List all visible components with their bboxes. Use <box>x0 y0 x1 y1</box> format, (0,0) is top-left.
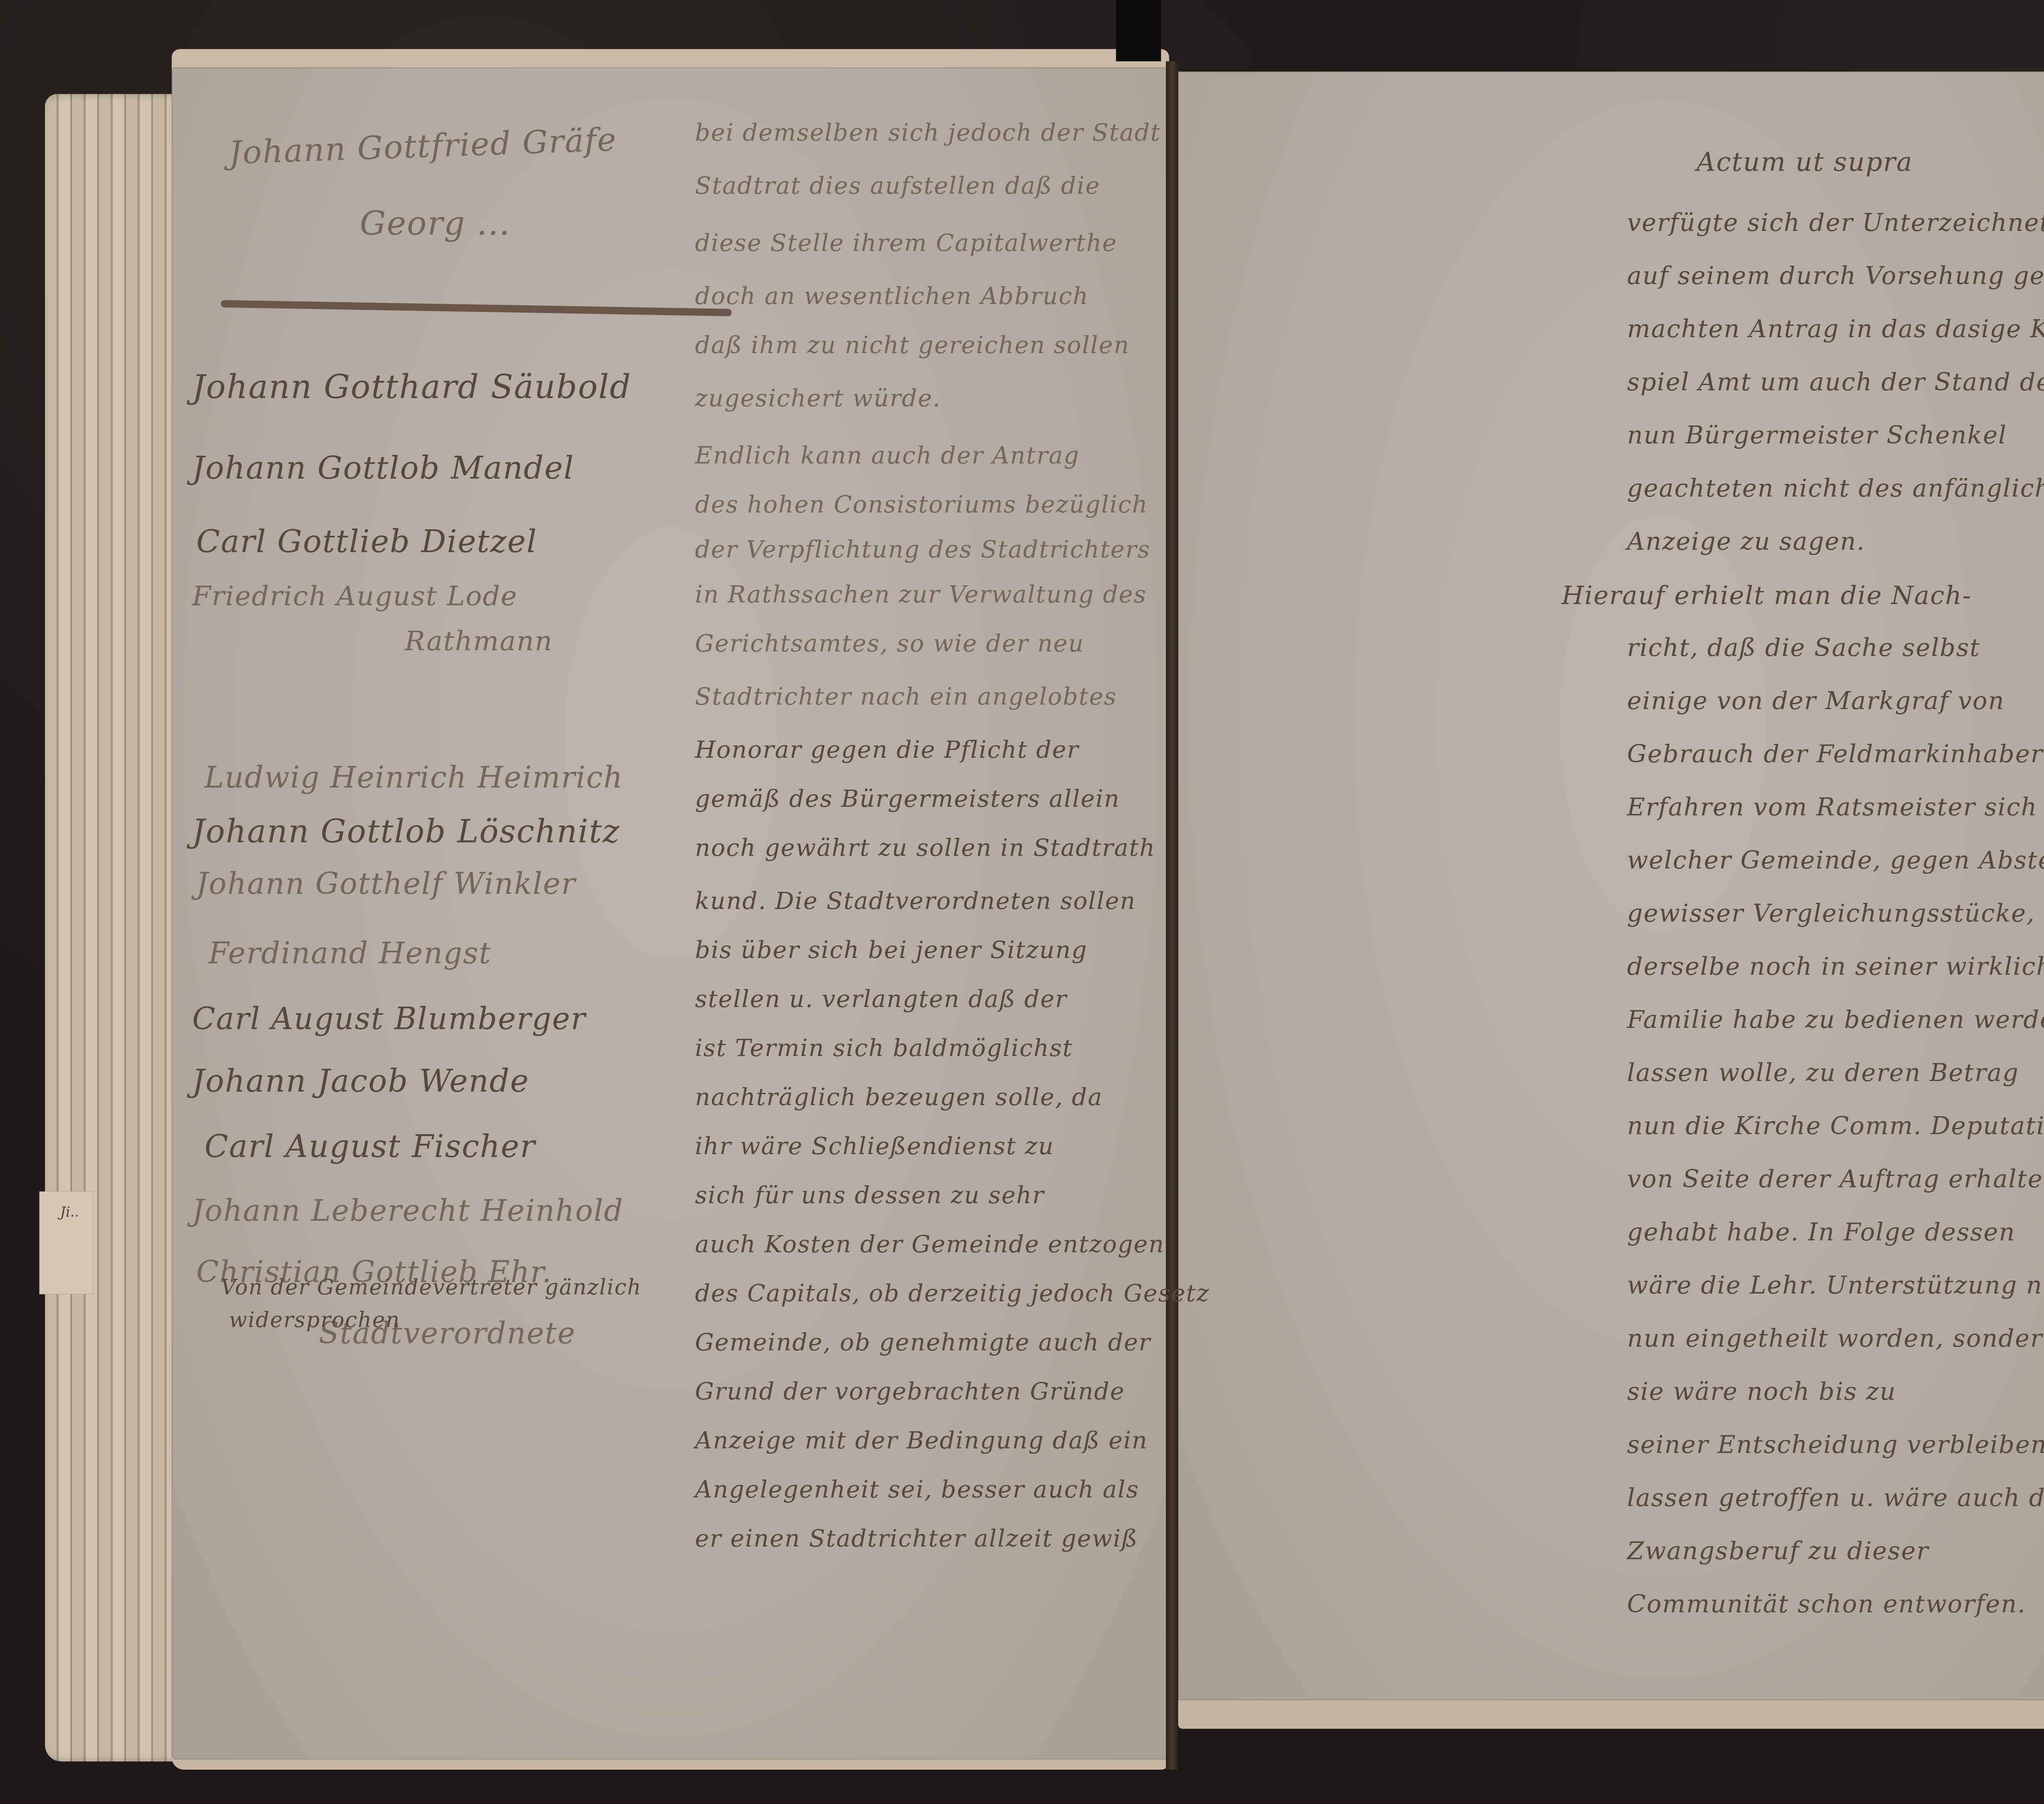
handwritten-line: nun Bürgermeister Schenkel <box>1627 421 2007 450</box>
handwritten-line: diese Stelle ihrem Capitalwerthe <box>695 229 1117 257</box>
handwritten-line: kund. Die Stadtverordneten sollen <box>695 887 1136 915</box>
handwritten-line: Carl August Fischer <box>204 1128 536 1164</box>
book-spine-gutter <box>1166 61 1178 1770</box>
handwritten-line: der Verpflichtung des Stadtrichters <box>695 535 1150 563</box>
handwritten-line: sie wäre noch bis zu <box>1627 1377 1896 1406</box>
handwritten-line: noch gewährt zu sollen in Stadtrath <box>695 834 1156 862</box>
handwritten-line: seiner Entscheidung verbleiben zu <box>1627 1430 2044 1459</box>
handwritten-line: Friedrich August Lode <box>192 580 518 612</box>
handwritten-line: zugesichert würde. <box>695 384 941 412</box>
slip-text: Ji.. <box>60 1204 93 1220</box>
handwritten-line: Georg ... <box>360 204 511 242</box>
handwritten-line: richt, daß die Sache selbst <box>1627 633 1980 662</box>
handwritten-line: Johann Gottlob Löschnitz <box>192 813 620 850</box>
handwritten-line: bei demselben sich jedoch der Stadt <box>695 119 1161 146</box>
handwritten-line: Carl August Blumberger <box>192 1001 586 1036</box>
handwritten-line: nun die Kirche Comm. Deputation <box>1627 1112 2044 1140</box>
handwritten-line: Zwangsberuf zu dieser <box>1627 1537 1929 1565</box>
handwritten-line: Gerichtsamtes, so wie der neu <box>695 629 1084 657</box>
spine-top-gap <box>1116 0 1161 61</box>
handwritten-line: Grund der vorgebrachten Gründe <box>695 1377 1125 1405</box>
handwritten-line: nun eingetheilt worden, sondern <box>1627 1324 2044 1353</box>
inserted-slip: Ji.. <box>39 1191 93 1294</box>
handwritten-line: ist Termin sich baldmöglichst <box>695 1034 1073 1062</box>
handwritten-line: machten Antrag in das dasige Kirch- <box>1627 315 2044 343</box>
handwritten-line: Carl Gottlieb Dietzel <box>196 523 537 560</box>
handwritten-line: derselbe noch in seiner wirklichen <box>1627 952 2044 981</box>
handwritten-line: widersprochen <box>229 1308 400 1332</box>
handwritten-line: gemäß des Bürgermeisters allein <box>695 785 1120 812</box>
handwritten-line: daß ihm zu nicht gereichen sollen <box>695 331 1130 359</box>
handwritten-line: Familie habe zu bedienen werden <box>1627 1005 2044 1034</box>
handwritten-line: sich für uns dessen zu sehr <box>695 1181 1044 1209</box>
handwritten-line: Johann Jacob Wende <box>192 1063 529 1099</box>
handwritten-line: Angelegenheit sei, besser auch als <box>695 1475 1139 1503</box>
handwritten-line: Ferdinand Hengst <box>208 936 492 970</box>
handwritten-line: ihr wäre Schließendienst zu <box>695 1132 1054 1160</box>
handwritten-line: Gemeinde, ob genehmigte auch der <box>695 1328 1151 1356</box>
handwritten-line: Actum ut supra <box>1697 147 1913 177</box>
handwritten-line: stellen u. verlangten daß der <box>695 985 1067 1013</box>
handwritten-line: er einen Stadtrichter allzeit gewiß <box>695 1524 1138 1552</box>
handwritten-line: lassen wolle, zu deren Betrag <box>1627 1059 2019 1087</box>
handwritten-line: Endlich kann auch der Antrag <box>695 441 1080 469</box>
handwritten-line: Communität schon entworfen. <box>1627 1590 2026 1618</box>
handwritten-line: Stadtrichter nach ein angelobtes <box>695 683 1117 710</box>
handwritten-line: doch an wesentlichen Abbruch <box>695 282 1089 310</box>
handwritten-line: Anzeige zu sagen. <box>1627 527 1865 556</box>
handwritten-line: Johann Gotthelf Winkler <box>196 866 576 901</box>
handwritten-line: auf seinem durch Vorsehung geschehen <box>1627 262 2044 290</box>
handwritten-line: Von der Gemeindevertreter gänzlich <box>221 1275 642 1300</box>
handwritten-line: auch Kosten der Gemeinde entzogen <box>695 1230 1165 1258</box>
handwritten-line: des hohen Consistoriums bezüglich <box>695 490 1148 518</box>
handwritten-line: des Capitals, ob derzeitig jedoch Gesetz <box>695 1279 1210 1307</box>
handwritten-line: Rathmann <box>405 625 553 657</box>
handwritten-line: Johann Gottlob Mandel <box>192 450 574 486</box>
handwritten-line: lassen getroffen u. wäre auch der <box>1627 1484 2044 1512</box>
handwritten-line: Johann Leberecht Heinhold <box>192 1193 623 1228</box>
handwritten-line: bis über sich bei jener Sitzung <box>695 936 1087 964</box>
handwritten-line: Erfahren vom Ratsmeister sich als <box>1627 793 2044 821</box>
handwritten-line: gewisser Vergleichungsstücke, die sich <box>1627 899 2044 928</box>
handwritten-line: Stadtrat dies aufstellen daß die <box>695 172 1100 199</box>
handwritten-line: Ludwig Heinrich Heimrich <box>204 760 623 795</box>
left-fore-edge <box>45 94 180 1761</box>
handwritten-line: Honorar gegen die Pflicht der <box>695 736 1079 763</box>
handwritten-line: gehabt habe. In Folge dessen <box>1627 1218 2015 1247</box>
handwritten-line: nachträglich bezeugen solle, da <box>695 1083 1103 1111</box>
handwritten-line: Anzeige mit der Bedingung daß ein <box>695 1426 1148 1454</box>
handwritten-line: in Rathssachen zur Verwaltung des <box>695 580 1147 608</box>
handwritten-line: wäre die Lehr. Unterstützung nicht <box>1627 1271 2044 1300</box>
handwritten-line: geachteten nicht des anfänglichen <box>1627 474 2044 503</box>
handwritten-line: spiel Amt um auch der Stand der <box>1627 368 2044 396</box>
handwritten-line: verfügte sich der Unterzeichnete <box>1627 208 2044 237</box>
handwritten-line: welcher Gemeinde, gegen Abstellung <box>1627 846 2044 875</box>
handwritten-line: Gebrauch der Feldmarkinhaber <box>1627 740 2043 768</box>
handwritten-line: von Seite derer Auftrag erhalten <box>1627 1165 2044 1193</box>
handwritten-line: Johann Gotthard Säubold <box>192 368 632 406</box>
handwritten-line: Hierauf erhielt man die Nach- <box>1562 580 1972 610</box>
handwritten-line: einige von der Markgraf von <box>1627 687 2005 715</box>
